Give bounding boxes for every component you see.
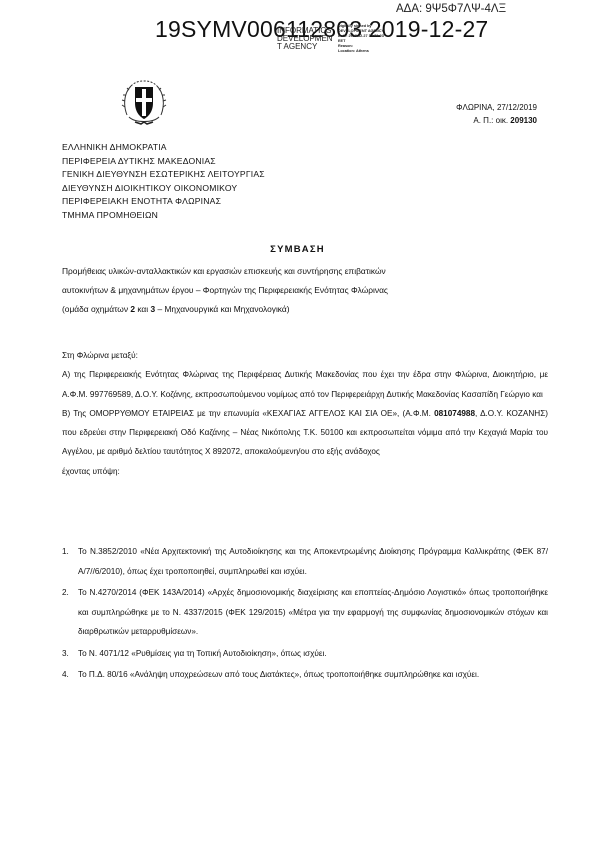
- issuing-authority: ΕΛΛΗΝΙΚΗ ΔΗΜΟΚΡΑΤΙΑ ΠΕΡΙΦΕΡΕΙΑ ΔΥΤΙΚΗΣ Μ…: [62, 141, 265, 223]
- list-number: 2.: [62, 583, 69, 603]
- subject-line: (ομάδα οχημάτων 2 και 3 – Μηχανουργικά κ…: [62, 300, 548, 319]
- party-b-afm: 081074988: [434, 409, 475, 418]
- list-text: Το Π.Δ. 80/16 «Ανάληψη υποχρεώσεων από τ…: [78, 670, 479, 679]
- list-item: 1. Το Ν.3852/2010 «Νέα Αρχιτεκτονική της…: [62, 542, 548, 581]
- list-number: 3.: [62, 644, 69, 664]
- intro-line: Στη Φλώρινα μεταξύ:: [62, 346, 548, 365]
- authority-line: ΠΕΡΙΦΕΡΕΙΑΚΗ ΕΝΟΤΗΤΑ ΦΛΩΡΙΝΑΣ: [62, 195, 265, 209]
- subject-text: (ομάδα οχημάτων: [62, 304, 130, 314]
- place-date: ΦΛΩΡΙΝΑ, 27/12/2019: [456, 101, 537, 114]
- authority-line: ΤΜΗΜΑ ΠΡΟΜΗΘΕΙΩΝ: [62, 209, 265, 223]
- ada-code: ΑΔΑ: 9Ψ5Φ7ΛΨ-4ΛΞ: [396, 3, 506, 15]
- subject-line: αυτοκινήτων & μηχανημάτων έργου – Φορτηγ…: [62, 281, 548, 300]
- considering-line: έχοντας υπόψη:: [62, 462, 548, 481]
- date-protocol-block: ΦΛΩΡΙΝΑ, 27/12/2019 Α. Π.: οικ. 209130: [456, 101, 537, 127]
- considerations-list: 1. Το Ν.3852/2010 «Νέα Αρχιτεκτονική της…: [62, 542, 548, 685]
- subject-line: Προμήθειας υλικών-ανταλλακτικών και εργα…: [62, 262, 548, 281]
- signature-stamp-label: INFORMATICS DEVELOPMEN T AGENCY: [277, 27, 333, 51]
- authority-line: ΓΕΝΙΚΗ ΔΙΕΥΘΥΝΣΗ ΕΣΩΤΕΡΙΚΗΣ ΛΕΙΤΟΥΡΓΙΑΣ: [62, 168, 265, 182]
- stamp-line: T AGENCY: [277, 43, 333, 51]
- list-text: Το Ν.3852/2010 «Νέα Αρχιτεκτονική της Αυ…: [78, 547, 548, 576]
- list-item: 4. Το Π.Δ. 80/16 «Ανάληψη υποχρεώσεων απ…: [62, 665, 548, 685]
- authority-line: ΔΙΕΥΘΥΝΣΗ ΔΙΟΙΚΗΤΙΚΟΥ ΟΙΚΟΝΟΜΙΚΟΥ: [62, 182, 265, 196]
- greek-coat-of-arms-icon: [121, 77, 167, 129]
- protocol-number-line: Α. Π.: οικ. 209130: [456, 114, 537, 127]
- contract-subject: Προμήθειας υλικών-ανταλλακτικών και εργα…: [62, 262, 548, 319]
- list-text: Το Ν.4270/2014 (ΦΕΚ 143Α/2014) «Αρχές δη…: [78, 588, 548, 636]
- subject-text: και: [135, 304, 150, 314]
- list-item: 2. Το Ν.4270/2014 (ΦΕΚ 143Α/2014) «Αρχές…: [62, 583, 548, 642]
- list-item: 3. Το Ν. 4071/12 «Ρυθμίσεις για τη Τοπικ…: [62, 644, 548, 664]
- subject-text: – Μηχανουργικά και Μηχανολογικά): [155, 304, 289, 314]
- list-text: Το Ν. 4071/12 «Ρυθμίσεις για τη Τοπική Α…: [78, 649, 327, 658]
- party-a-paragraph: Α) της Περιφερειακής Ενότητας Φλώρινας τ…: [62, 365, 548, 404]
- party-b-paragraph: Β) Της ΟΜΟΡΡΥΘΜΟΥ ΕΤΑΙΡΕΙΑΣ με την επωνυ…: [62, 404, 548, 462]
- document-title: ΣΥΜΒΑΣΗ: [0, 244, 595, 255]
- list-number: 4.: [62, 665, 69, 685]
- list-number: 1.: [62, 542, 69, 562]
- digital-signature-details: Digitally signed by DEVELOPMENT AGENCY D…: [338, 24, 384, 54]
- authority-line: ΠΕΡΙΦΕΡΕΙΑ ΔΥΤΙΚΗΣ ΜΑΚΕΔΟΝΙΑΣ: [62, 155, 265, 169]
- protocol-number: 209130: [510, 116, 537, 125]
- contract-body: Στη Φλώρινα μεταξύ: Α) της Περιφερειακής…: [62, 346, 548, 481]
- protocol-label: Α. Π.: οικ.: [473, 116, 510, 125]
- stamp-detail-line: Location: Athens: [338, 49, 384, 54]
- party-b-text: Β) Της ΟΜΟΡΡΥΘΜΟΥ ΕΤΑΙΡΕΙΑΣ με την επωνυ…: [62, 409, 434, 418]
- authority-line: ΕΛΛΗΝΙΚΗ ΔΗΜΟΚΡΑΤΙΑ: [62, 141, 265, 155]
